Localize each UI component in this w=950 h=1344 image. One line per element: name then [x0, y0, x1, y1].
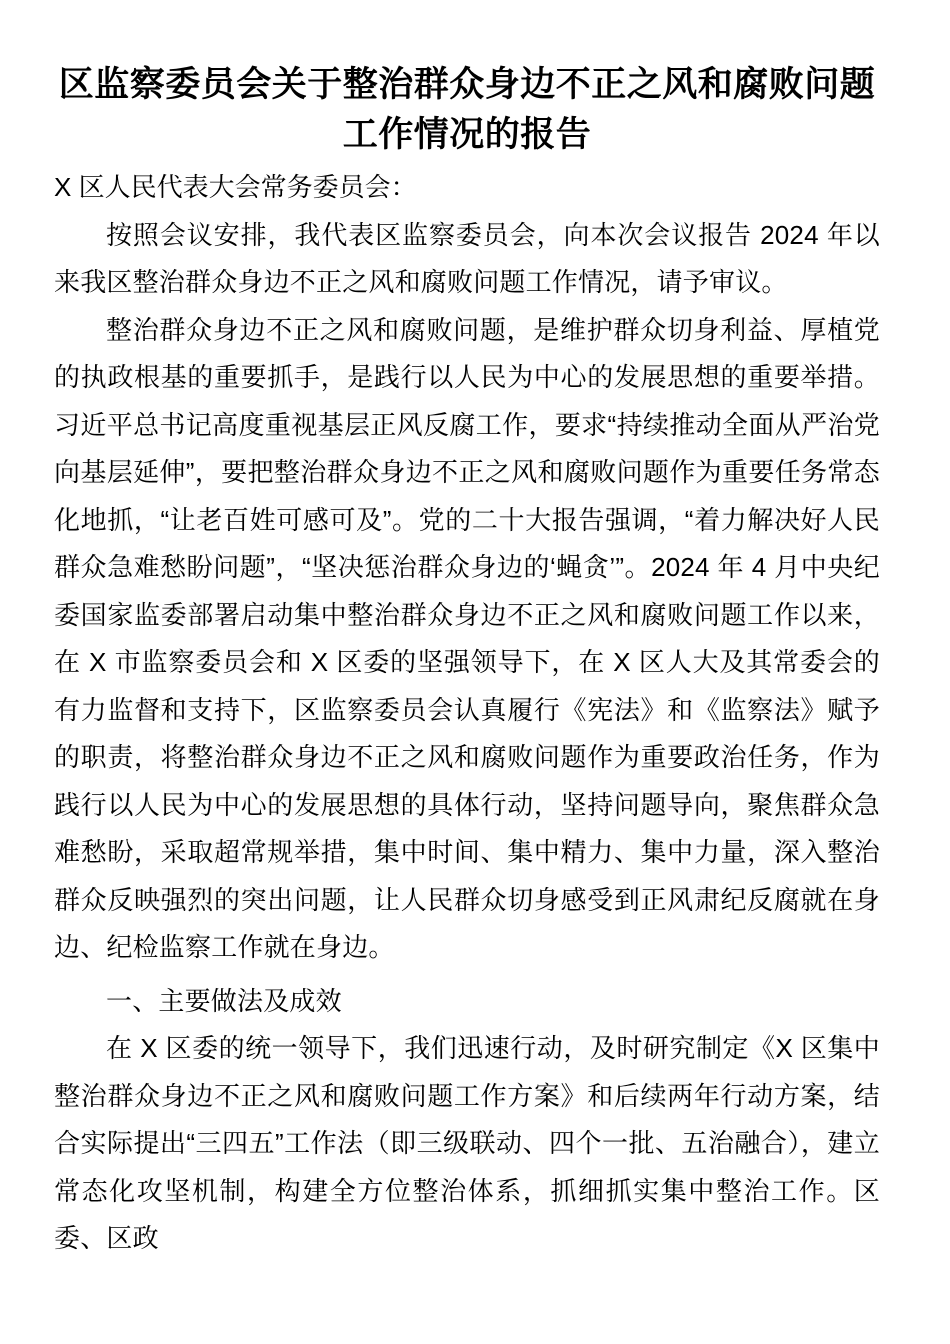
- paragraph-section-one-body: 在 X 区委的统一领导下，我们迅速行动，及时研究制定《X 区集中整治群众身边不正…: [54, 1025, 880, 1263]
- paragraph-background: 整治群众身边不正之风和腐败问题，是维护群众切身利益、厚植党的执政根基的重要抓手，…: [54, 307, 880, 972]
- document-title: 区监察委员会关于整治群众身边不正之风和腐败问题工作情况的报告: [54, 60, 880, 160]
- section-heading-main-practices: 一、主要做法及成效: [54, 978, 880, 1026]
- salutation-line: X 区人民代表大会常务委员会：: [54, 164, 880, 212]
- paragraph-intro: 按照会议安排，我代表区监察委员会，向本次会议报告 2024 年以来我区整治群众身…: [54, 212, 880, 307]
- document-page: 区监察委员会关于整治群众身边不正之风和腐败问题工作情况的报告 X 区人民代表大会…: [0, 0, 950, 1344]
